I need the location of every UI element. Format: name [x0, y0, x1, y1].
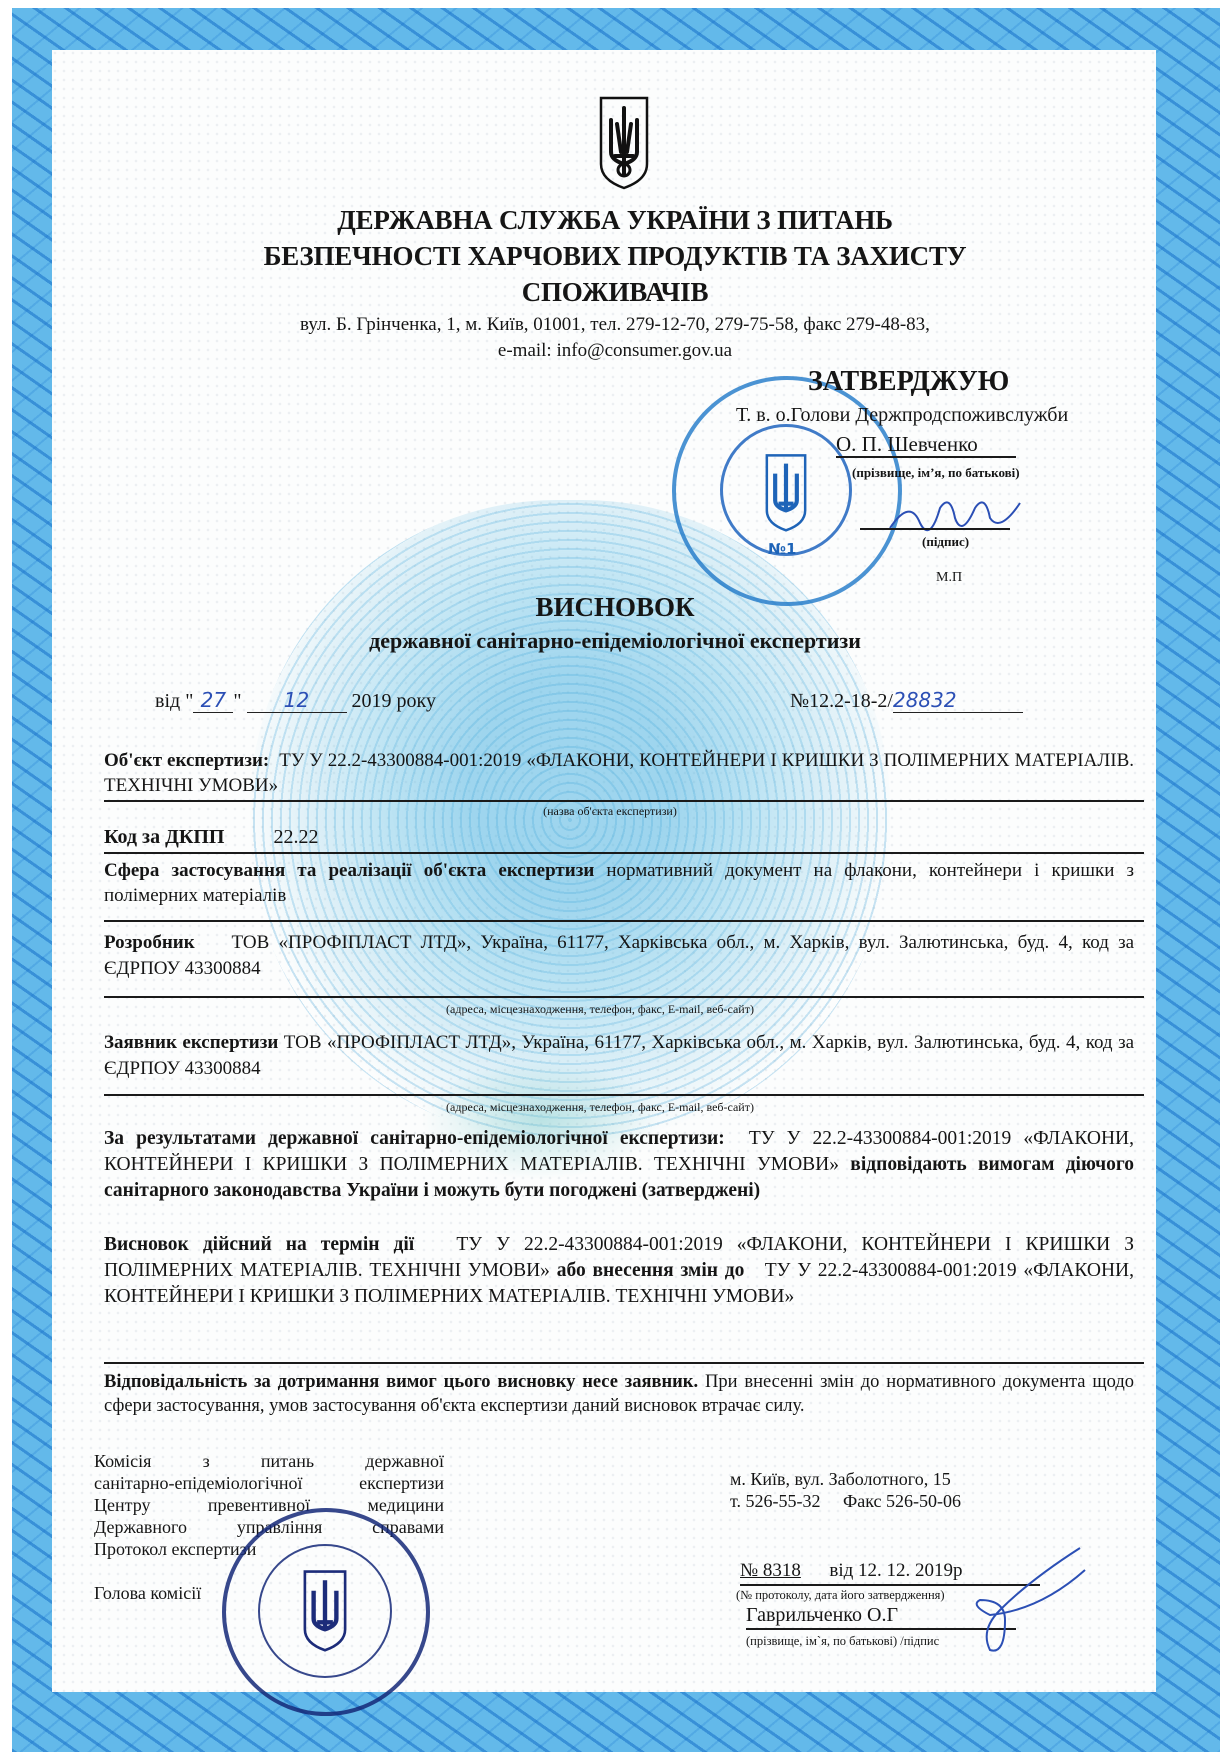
commission-contacts: м. Київ, вул. Заболотного, 15 т. 526-55-…	[730, 1468, 961, 1512]
agency-name-line2: БЕЗПЕЧНОСТІ ХАРЧОВИХ ПРОДУКТІВ ТА ЗАХИСТ…	[180, 240, 1050, 273]
developer-field: Розробник ТОВ «ПРОФІПЛАСТ ЛТД», Україна,…	[104, 930, 1134, 982]
agency-name-line3: СПОЖИВАЧІВ	[180, 276, 1050, 309]
applicant-caption: (адреса, місцезнаходження, телефон, факс…	[340, 1100, 860, 1114]
seal-number: №1	[768, 540, 796, 558]
seal-place-label: М.П	[936, 570, 962, 586]
approval-title: ЗАТВЕРДЖУЮ	[808, 366, 1009, 398]
protocol-number-date: № 8318 від 12. 12. 2019р	[740, 1560, 963, 1582]
document-number-hand: 28832	[893, 688, 1023, 713]
protocol-caption: (№ протоколу, дата його затвердження)	[736, 1588, 945, 1602]
dkpp-field: Код за ДКПП 22.22	[104, 826, 318, 849]
issue-date: від "27" 12 2019 року	[155, 688, 436, 713]
expertise-results: За результатами державної санітарно-епід…	[104, 1126, 1134, 1204]
object-field: Об'єкт експертизи: ТУ У 22.2-43300884-00…	[104, 748, 1134, 798]
chair-signature	[960, 1540, 1090, 1670]
approval-name: О. П. Шевченко	[836, 432, 978, 457]
chair-name: Гаврильченко О.Г	[746, 1604, 898, 1627]
scope-field: Сфера застосування та реалізації об'єкта…	[104, 858, 1134, 908]
applicant-field: Заявник експертизи ТОВ «ПРОФІПЛАСТ ЛТД»,…	[104, 1030, 1134, 1082]
approval-position: Т. в. о.Голови Держпродспоживслужби	[736, 404, 1068, 427]
issue-day: 27	[193, 688, 233, 713]
responsibility-statement: Відповідальність за дотримання вимог цьо…	[104, 1370, 1134, 1418]
object-caption: (назва об'єкта експертизи)	[400, 804, 820, 818]
coat-of-arms-icon	[599, 94, 649, 190]
validity-statement: Висновок дійсний на термін дії ТУ У 22.2…	[104, 1232, 1134, 1310]
approval-name-caption: (прізвище, ім’я, по батькові)	[852, 466, 1020, 480]
agency-address: вул. Б. Грінченка, 1, м. Київ, 01001, те…	[160, 312, 1070, 337]
document-title: ВИСНОВОК	[300, 592, 930, 623]
agency-email: e-mail: info@consumer.gov.ua	[160, 338, 1070, 363]
developer-caption: (адреса, місцезнаходження, телефон, факс…	[340, 1002, 860, 1016]
commission-seal-trident-icon	[300, 1568, 350, 1652]
document-subtitle: державної санітарно-епідеміологічної екс…	[200, 628, 1030, 654]
seal-trident-icon	[760, 452, 812, 532]
chair-caption: (прізвище, ім`я, по батькові) /підпис	[746, 1634, 939, 1648]
signature-caption: (підпис)	[922, 535, 969, 549]
commission-seal	[222, 1508, 430, 1716]
document-number: №12.2-18-2/28832	[790, 688, 1023, 713]
issue-month: 12	[247, 688, 347, 713]
agency-name-line1: ДЕРЖАВНА СЛУЖБА УКРАЇНИ З ПИТАНЬ	[180, 204, 1050, 237]
